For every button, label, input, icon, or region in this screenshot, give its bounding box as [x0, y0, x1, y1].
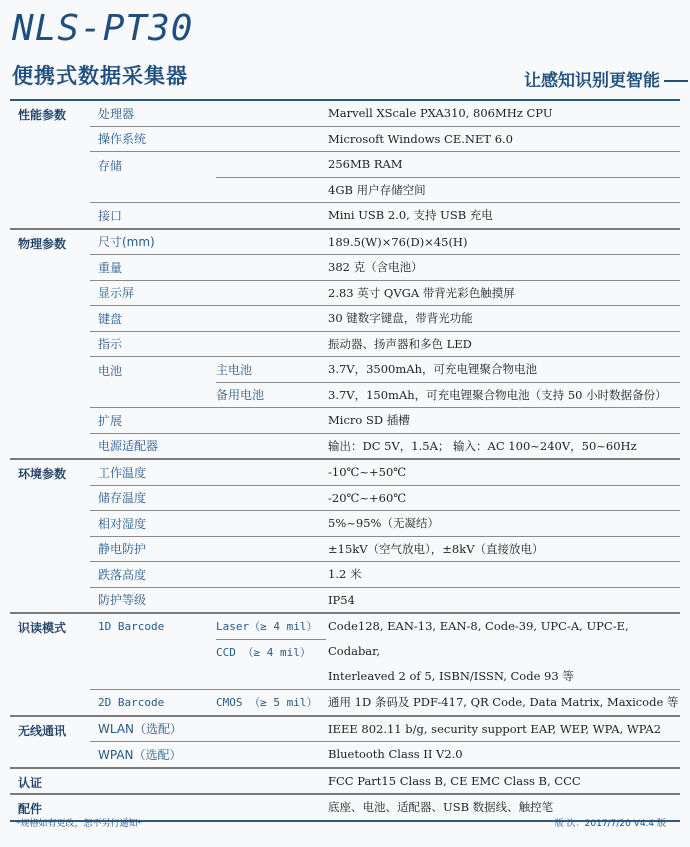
spec-row: 扩展 Micro SD 插槽 [90, 407, 680, 433]
spec-value: 30 键数字键盘，带背光功能 [326, 306, 680, 331]
spec-name: 显示屏 [90, 281, 216, 306]
group-environment: 环境参数 工作温度 -10℃~+50℃ 储存温度 -20℃~+60℃ 相对湿度 … [10, 460, 680, 614]
spec-row: 指示 振动器、扬声器和多色 LED [90, 331, 680, 357]
spec-value: 输出：DC 5V，1.5A； 输入：AC 100~240V，50~60Hz [326, 434, 680, 459]
spec-name: 指示 [90, 332, 216, 357]
spec-subname: CMOS （≥ 5 mil） [216, 690, 326, 715]
spec-sheet: 性能参数 处理器 Marvell XScale PXA310, 806MHz C… [10, 99, 680, 822]
spec-value: -20℃~+60℃ [326, 486, 680, 511]
spec-value: 5%~95%（无凝结） [326, 511, 680, 536]
spec-value: Micro SD 插槽 [326, 408, 680, 433]
spec-name: 扩展 [90, 408, 216, 433]
spec-subname: 主电池 [216, 357, 326, 382]
spec-name: 储存温度 [90, 486, 216, 511]
spec-value: -10℃~+50℃ [326, 460, 680, 485]
spec-row: 重量 382 克（含电池） [90, 254, 680, 280]
spec-value: Marvell XScale PXA310, 806MHz CPU [326, 101, 680, 126]
spec-subname: 备用电池 [216, 383, 326, 408]
spec-name: 2D Barcode [90, 690, 216, 715]
spec-name: 重量 [90, 255, 216, 280]
spec-value: FCC Part15 Class B, CE EMC Class B, CCC [326, 769, 680, 794]
spec-name: WPAN（选配） [90, 742, 326, 767]
group-label: 无线通讯 [18, 722, 66, 739]
spec-value: 189.5(W)×76(D)×45(H) [326, 230, 680, 255]
version-info: 版 次：2017/7/20 V4.4 版 [555, 816, 666, 829]
product-model: NLS-PT30 [12, 8, 193, 49]
spec-row: FCC Part15 Class B, CE EMC Class B, CCC [90, 769, 680, 794]
spec-value: Code128, EAN-13, EAN-8, Code-39, UPC-A, … [326, 614, 680, 689]
spec-subname: Laser（≥ 4 mil） [216, 614, 326, 640]
spec-name: 处理器 [90, 101, 216, 126]
spec-name: WLAN（选配） [90, 717, 326, 742]
spec-value: 1.2 米 [326, 562, 680, 587]
spec-value: 382 克（含电池） [326, 255, 680, 280]
spec-row: 电池 主电池 3.7V，3500mAh，可充电锂聚合物电池 备用电池 3.7V，… [90, 356, 680, 407]
spec-name: 操作系统 [90, 127, 216, 152]
spec-value: 通用 1D 条码及 PDF-417, QR Code, Data Matrix,… [326, 690, 680, 715]
spec-row: 储存温度 -20℃~+60℃ [90, 485, 680, 511]
spec-value-line: Interleaved 2 of 5, ISBN/ISSN, Code 93 等 [328, 664, 680, 689]
spec-value: IP54 [326, 588, 680, 613]
spec-row: 跌落高度 1.2 米 [90, 561, 680, 587]
slogan-text: 让感知识别更智能 [524, 71, 660, 91]
spec-name: 跌落高度 [90, 562, 216, 587]
spec-row: 键盘 30 键数字键盘，带背光功能 [90, 305, 680, 331]
spec-name: 工作温度 [90, 460, 216, 485]
spec-row: WPAN（选配） Bluetooth Class II V2.0 [90, 741, 680, 767]
spec-row: 存储 256MB RAM 4GB 用户存储空间 [90, 151, 680, 202]
spec-value: 3.7V，3500mAh，可充电锂聚合物电池 [326, 357, 680, 382]
group-label: 认证 [18, 774, 42, 791]
slogan-dash [664, 80, 688, 82]
group-label: 性能参数 [18, 106, 66, 123]
spec-row: 处理器 Marvell XScale PXA310, 806MHz CPU [90, 101, 680, 126]
spec-value: 2.83 英寸 QVGA 带背光彩色触摸屏 [326, 281, 680, 306]
spec-row: 接口 Mini USB 2.0, 支持 USB 充电 [90, 202, 680, 228]
spec-value: Bluetooth Class II V2.0 [326, 742, 680, 767]
spec-name: 1D Barcode [90, 614, 216, 689]
spec-value: 4GB 用户存储空间 [326, 178, 680, 203]
spec-row: 操作系统 Microsoft Windows CE.NET 6.0 [90, 126, 680, 152]
spec-row: 防护等级 IP54 [90, 587, 680, 613]
spec-value: 振动器、扬声器和多色 LED [326, 332, 680, 357]
spec-name: 键盘 [90, 306, 216, 331]
spec-row: 电源适配器 输出：DC 5V，1.5A； 输入：AC 100~240V，50~6… [90, 433, 680, 459]
group-label: 物理参数 [18, 235, 66, 252]
spec-row: 静电防护 ±15kV（空气放电），±8kV（直接放电） [90, 536, 680, 562]
spec-name: 电源适配器 [90, 434, 216, 459]
spec-name: 存储 [90, 152, 216, 202]
spec-value: Microsoft Windows CE.NET 6.0 [326, 127, 680, 152]
group-wireless: 无线通讯 WLAN（选配） IEEE 802.11 b/g, security … [10, 717, 680, 769]
group-label: 环境参数 [18, 465, 66, 482]
spec-row: 2D Barcode CMOS （≥ 5 mil） 通用 1D 条码及 PDF-… [90, 689, 680, 715]
spec-name: 防护等级 [90, 588, 216, 613]
spec-row: WLAN（选配） IEEE 802.11 b/g, security suppo… [90, 717, 680, 742]
group-label: 识读模式 [18, 619, 66, 636]
spec-row: 相对湿度 5%~95%（无凝结） [90, 510, 680, 536]
spec-row: 尺寸(mm) 189.5(W)×76(D)×45(H) [90, 230, 680, 255]
slogan: 让感知识别更智能 [524, 66, 688, 91]
spec-subname: CCD （≥ 4 mil） [216, 640, 326, 665]
spec-row: 显示屏 2.83 英寸 QVGA 带背光彩色触摸屏 [90, 280, 680, 306]
spec-name: 相对湿度 [90, 511, 216, 536]
spec-value: 3.7V，150mAh，可充电锂聚合物电池（支持 50 小时数据备份） [326, 383, 680, 408]
spec-name: 尺寸(mm) [90, 230, 216, 255]
spec-value: Mini USB 2.0, 支持 USB 充电 [326, 203, 680, 228]
spec-value-line: Code128, EAN-13, EAN-8, Code-39, UPC-A, … [328, 614, 680, 664]
spec-row: 1D Barcode Laser（≥ 4 mil） CCD （≥ 4 mil） … [90, 614, 680, 689]
spec-name: 电池 [90, 357, 216, 407]
group-certification: 认证 FCC Part15 Class B, CE EMC Class B, C… [10, 769, 680, 796]
group-physical: 物理参数 尺寸(mm) 189.5(W)×76(D)×45(H) 重量 382 … [10, 230, 680, 461]
spec-row: 工作温度 -10℃~+50℃ [90, 460, 680, 485]
spec-value: 256MB RAM [326, 152, 680, 177]
footer-note: *规格如有更改，恕不另行通知* [16, 816, 142, 829]
spec-value: ±15kV（空气放电），±8kV（直接放电） [326, 537, 680, 562]
spec-value: IEEE 802.11 b/g, security support EAP, W… [326, 717, 680, 742]
spec-name: 接口 [90, 203, 216, 228]
group-performance: 性能参数 处理器 Marvell XScale PXA310, 806MHz C… [10, 101, 680, 230]
product-subtitle: 便携式数据采集器 [12, 60, 188, 90]
group-reading: 识读模式 1D Barcode Laser（≥ 4 mil） CCD （≥ 4 … [10, 614, 680, 717]
spec-name: 静电防护 [90, 537, 216, 562]
group-label: 配件 [18, 800, 42, 817]
